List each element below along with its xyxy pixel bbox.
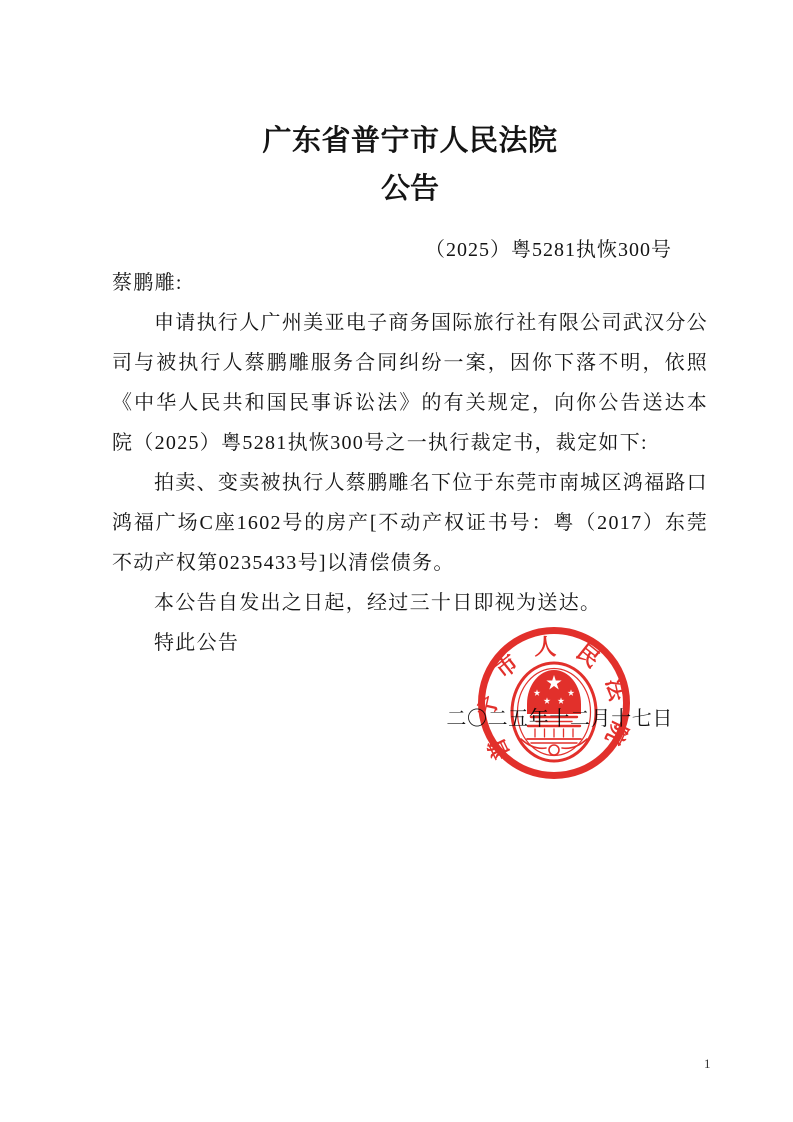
paragraph-service-period: 本公告自发出之日起，经过三十日即视为送达。 bbox=[112, 583, 708, 623]
paragraph-case-description: 申请执行人广州美亚电子商务国际旅行社有限公司武汉分公司与被执行人蔡鹏雕服务合同纠… bbox=[112, 303, 708, 463]
court-name-title: 广东省普宁市人民法院 bbox=[112, 0, 708, 163]
small-star-icon bbox=[534, 689, 541, 696]
gear-ribbon-icon bbox=[521, 739, 587, 755]
big-star-icon bbox=[546, 675, 561, 689]
page-number: 1 bbox=[704, 1056, 711, 1072]
notice-body: 蔡鹏雕: 申请执行人广州美亚电子商务国际旅行社有限公司武汉分公司与被执行人蔡鹏雕… bbox=[112, 263, 708, 663]
issue-date: 二〇二五年十二月十七日 bbox=[446, 702, 673, 731]
notice-title: 公告 bbox=[112, 167, 708, 211]
document-content: 广东省普宁市人民法院 公告 （2025）粤5281执恢300号 蔡鹏雕: 申请执… bbox=[0, 0, 793, 663]
small-star-icon bbox=[568, 689, 575, 696]
paragraph-ruling: 拍卖、变卖被执行人蔡鹏雕名下位于东莞市南城区鸿福路口鸿福广场C座1602号的房产… bbox=[112, 463, 708, 583]
addressee-name: 蔡鹏雕: bbox=[112, 263, 708, 303]
court-notice-page: 广东省普宁市人民法院 公告 （2025）粤5281执恢300号 蔡鹏雕: 申请执… bbox=[0, 0, 793, 1122]
paragraph-closing: 特此公告 bbox=[112, 623, 708, 663]
case-number: （2025）粤5281执恢300号 bbox=[112, 237, 708, 263]
